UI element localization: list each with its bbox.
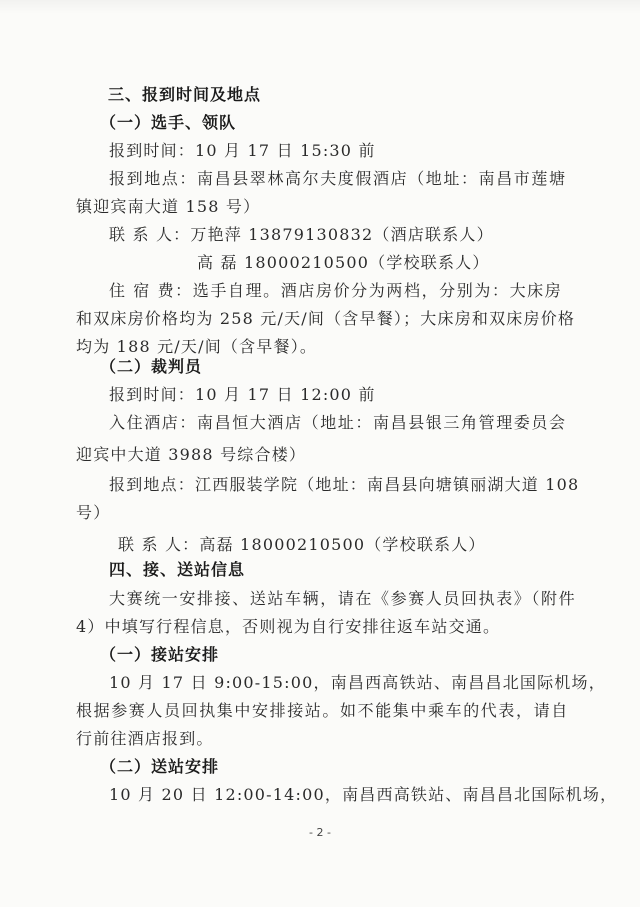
contestants-checkin-time: 报到时间：10 月 17 日 15:30 前 [109, 141, 376, 161]
section-3-heading: 三、报到时间及地点 [108, 85, 261, 105]
pickup-schedule: 10 月 17 日 9:00-15:00，南昌西高铁站、南昌昌北国际机场， [109, 673, 606, 693]
subsection-pickup-heading: （一）接站安排 [100, 645, 219, 665]
transport-intro: 大赛统一安排接、送站车辆，请在《参赛人员回执表》（附件 [109, 589, 576, 609]
referees-hotel: 入住酒店：南昌恒大酒店（地址：南昌县银三角管理委员会 [109, 413, 567, 433]
referees-hotel-cont: 迎宾中大道 3988 号综合楼） [76, 445, 306, 465]
subsection-dropoff-heading: （二）送站安排 [100, 757, 219, 777]
referees-checkin-place-cont: 号） [76, 503, 110, 523]
contestants-lodging-fee-cont2: 均为 188 元/天/间（含早餐）。 [76, 337, 317, 357]
referees-contact: 联 系 人：高磊 18000210500（学校联系人） [118, 535, 486, 555]
pickup-schedule-cont2: 行前往酒店报到。 [76, 729, 214, 749]
contestants-contact-hotel: 联 系 人：万艳萍 13879130832（酒店联系人） [109, 225, 494, 245]
subsection-referees-heading: （二）裁判员 [100, 357, 202, 377]
contestants-lodging-fee-cont1: 和双床房价格均为 258 元/天/间（含早餐）；大床房和双床房价格 [76, 309, 575, 329]
pickup-schedule-cont1: 根据参赛人员回执集中安排接站。如不能集中乘车的代表，请自 [76, 701, 569, 721]
referees-checkin-time: 报到时间：10 月 17 日 12:00 前 [109, 385, 376, 405]
referees-checkin-place: 报到地点：江西服装学院（地址：南昌县向塘镇丽湖大道 108 [109, 475, 579, 495]
subsection-contestants-heading: （一）选手、领队 [100, 113, 236, 133]
contestants-checkin-place-cont: 镇迎宾南大道 158 号） [76, 197, 260, 217]
contestants-checkin-place: 报到地点：南昌县翠林高尔夫度假酒店（地址：南昌市莲塘 [109, 169, 567, 189]
page-number: - 2 - [0, 826, 640, 839]
section-4-heading: 四、接、送站信息 [109, 560, 245, 580]
dropoff-schedule: 10 月 20 日 12:00-14:00，南昌西高铁站、南昌昌北国际机场， [109, 785, 617, 805]
transport-intro-cont: 4）中填写行程信息，否则视为自行安排往返车站交通。 [76, 617, 500, 637]
contestants-contact-school: 高 磊 18000210500（学校联系人） [197, 253, 490, 273]
contestants-lodging-fee: 住 宿 费：选手自理。酒店房价分为两档，分别为：大床房 [109, 281, 562, 301]
document-page: 三、报到时间及地点 （一）选手、领队 报到时间：10 月 17 日 15:30 … [0, 0, 640, 907]
